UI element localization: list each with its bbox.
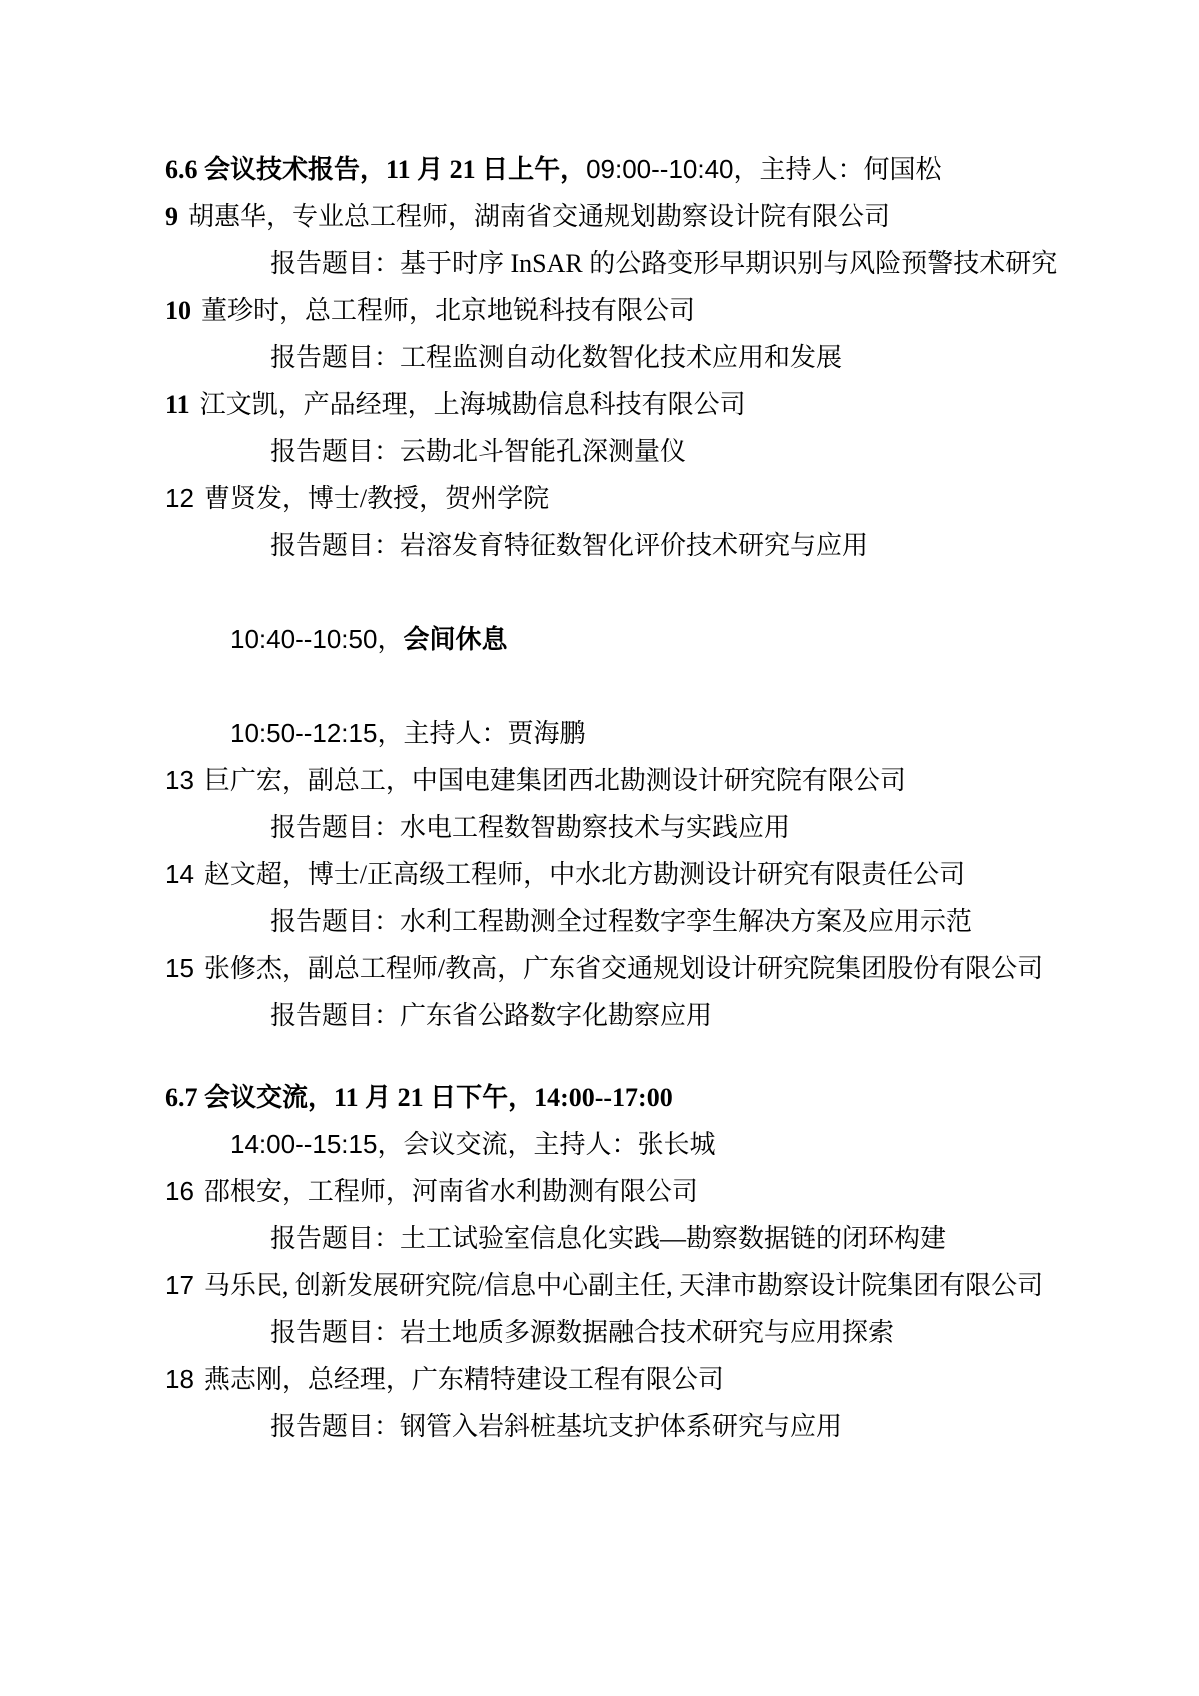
text-segment: 燕志刚，总经理，广东精特建设工程有限公司 <box>204 1365 724 1394</box>
text-segment: 6.6 会议技术报告，11 月 21 日上午， <box>165 155 586 184</box>
text-segment: 13 <box>165 765 194 795</box>
text-segment: ，主持人：贾海鹏 <box>377 719 585 748</box>
text-segment: 张修杰，副总工程师/教高，广东省交通规划设计研究院集团股份有限公司 <box>204 954 1043 983</box>
text-segment: 赵文超，博士/正高级工程师，中水北方勘测设计研究有限责任公司 <box>204 860 965 889</box>
report-title-line: 报告题目：广东省公路数字化勘察应用 <box>270 992 1159 1039</box>
text-segment: 江文凯，产品经理，上海城勘信息科技有限公司 <box>200 390 746 419</box>
text-segment: 18 <box>165 1364 194 1394</box>
text-segment: 报告题目：水电工程数智勘察技术与实践应用 <box>270 813 790 842</box>
text-segment: 17 <box>165 1270 194 1300</box>
text-segment: 巨广宏，副总工，中国电建集团西北勘测设计研究院有限公司 <box>204 766 906 795</box>
text-segment: 会间休息 <box>403 625 507 654</box>
speaker-line: 18燕志刚，总经理，广东精特建设工程有限公司 <box>165 1356 1159 1403</box>
speaker-line: 16邵根安，工程师，河南省水利勘测有限公司 <box>165 1168 1159 1215</box>
text-segment: 10:50--12:15 <box>230 718 377 748</box>
text-segment: 报告题目：土工试验室信息化实践—勘察数据链的闭环构建 <box>270 1224 946 1253</box>
document-page: 6.6 会议技术报告，11 月 21 日上午，09:00--10:40，主持人：… <box>0 0 1199 1696</box>
text-segment: 16 <box>165 1176 194 1206</box>
speaker-line: 9胡惠华，专业总工程师，湖南省交通规划勘察设计院有限公司 <box>165 193 1159 240</box>
report-title-line: 报告题目：岩土地质多源数据融合技术研究与应用探索 <box>270 1309 1159 1356</box>
session-line: 14:00--15:15，会议交流，主持人：张长城 <box>230 1121 1159 1168</box>
section-heading-line: 6.7 会议交流，11 月 21 日下午，14:00--17:00 <box>165 1074 1159 1121</box>
text-segment: 报告题目：云勘北斗智能孔深测量仪 <box>270 437 686 466</box>
text-segment: 报告题目：基于时序 InSAR 的公路变形早期识别与风险预警技术研究 <box>270 249 1057 278</box>
text-segment: ，会议交流，主持人：张长城 <box>377 1130 715 1159</box>
speaker-line: 13巨广宏，副总工，中国电建集团西北勘测设计研究院有限公司 <box>165 757 1159 804</box>
text-segment: 09:00--10:40 <box>586 154 733 184</box>
speaker-line: 12曹贤发，博士/教授，贺州学院 <box>165 475 1159 522</box>
text-segment: 报告题目：钢管入岩斜桩基坑支护体系研究与应用 <box>270 1412 842 1441</box>
speaker-line: 11江文凯，产品经理，上海城勘信息科技有限公司 <box>165 381 1159 428</box>
text-segment: 9 <box>165 202 178 231</box>
speaker-line: 14赵文超，博士/正高级工程师，中水北方勘测设计研究有限责任公司 <box>165 851 1159 898</box>
report-title-line: 报告题目：岩溶发育特征数智化评价技术研究与应用 <box>270 522 1159 569</box>
text-segment: ， <box>377 625 403 654</box>
report-title-line: 报告题目：基于时序 InSAR 的公路变形早期识别与风险预警技术研究 <box>270 240 1159 287</box>
text-segment: 报告题目：水利工程勘测全过程数字孪生解决方案及应用示范 <box>270 907 972 936</box>
text-segment: 11 <box>165 390 190 419</box>
text-segment: 6.7 会议交流，11 月 21 日下午，14:00--17:00 <box>165 1083 673 1112</box>
report-title-line: 报告题目：工程监测自动化数智化技术应用和发展 <box>270 334 1159 381</box>
report-title-line: 报告题目：水利工程勘测全过程数字孪生解决方案及应用示范 <box>270 898 1159 945</box>
text-segment: 胡惠华，专业总工程师，湖南省交通规划勘察设计院有限公司 <box>188 202 890 231</box>
text-segment: 马乐民, 创新发展研究院/信息中心副主任, 天津市勘察设计院集团有限公司 <box>204 1271 1043 1300</box>
text-segment: 10 <box>165 296 191 325</box>
text-segment: 报告题目：岩土地质多源数据融合技术研究与应用探索 <box>270 1318 894 1347</box>
text-segment: 12 <box>165 483 194 513</box>
text-segment: ，主持人：何国松 <box>734 155 942 184</box>
text-segment: 董珍时，总工程师，北京地锐科技有限公司 <box>201 296 695 325</box>
text-segment: 10:40--10:50 <box>230 624 377 654</box>
break-line: 10:40--10:50，会间休息 <box>230 616 1159 663</box>
speaker-line: 10董珍时，总工程师，北京地锐科技有限公司 <box>165 287 1159 334</box>
document-content: 6.6 会议技术报告，11 月 21 日上午，09:00--10:40，主持人：… <box>165 146 1159 1450</box>
text-segment: 14:00--15:15 <box>230 1129 377 1159</box>
report-title-line: 报告题目：水电工程数智勘察技术与实践应用 <box>270 804 1159 851</box>
text-segment: 15 <box>165 953 194 983</box>
text-segment: 报告题目：工程监测自动化数智化技术应用和发展 <box>270 343 842 372</box>
report-title-line: 报告题目：云勘北斗智能孔深测量仪 <box>270 428 1159 475</box>
report-title-line: 报告题目：土工试验室信息化实践—勘察数据链的闭环构建 <box>270 1215 1159 1262</box>
text-segment: 14 <box>165 859 194 889</box>
text-segment: 邵根安，工程师，河南省水利勘测有限公司 <box>204 1177 698 1206</box>
speaker-line: 17马乐民, 创新发展研究院/信息中心副主任, 天津市勘察设计院集团有限公司 <box>165 1262 1159 1309</box>
text-segment: 曹贤发，博士/教授，贺州学院 <box>204 484 549 513</box>
report-title-line: 报告题目：钢管入岩斜桩基坑支护体系研究与应用 <box>270 1403 1159 1450</box>
session-line: 10:50--12:15，主持人：贾海鹏 <box>230 710 1159 757</box>
text-segment: 报告题目：岩溶发育特征数智化评价技术研究与应用 <box>270 531 868 560</box>
speaker-line: 15张修杰，副总工程师/教高，广东省交通规划设计研究院集团股份有限公司 <box>165 945 1159 992</box>
section-heading-line: 6.6 会议技术报告，11 月 21 日上午，09:00--10:40，主持人：… <box>165 146 1159 193</box>
text-segment: 报告题目：广东省公路数字化勘察应用 <box>270 1001 712 1030</box>
